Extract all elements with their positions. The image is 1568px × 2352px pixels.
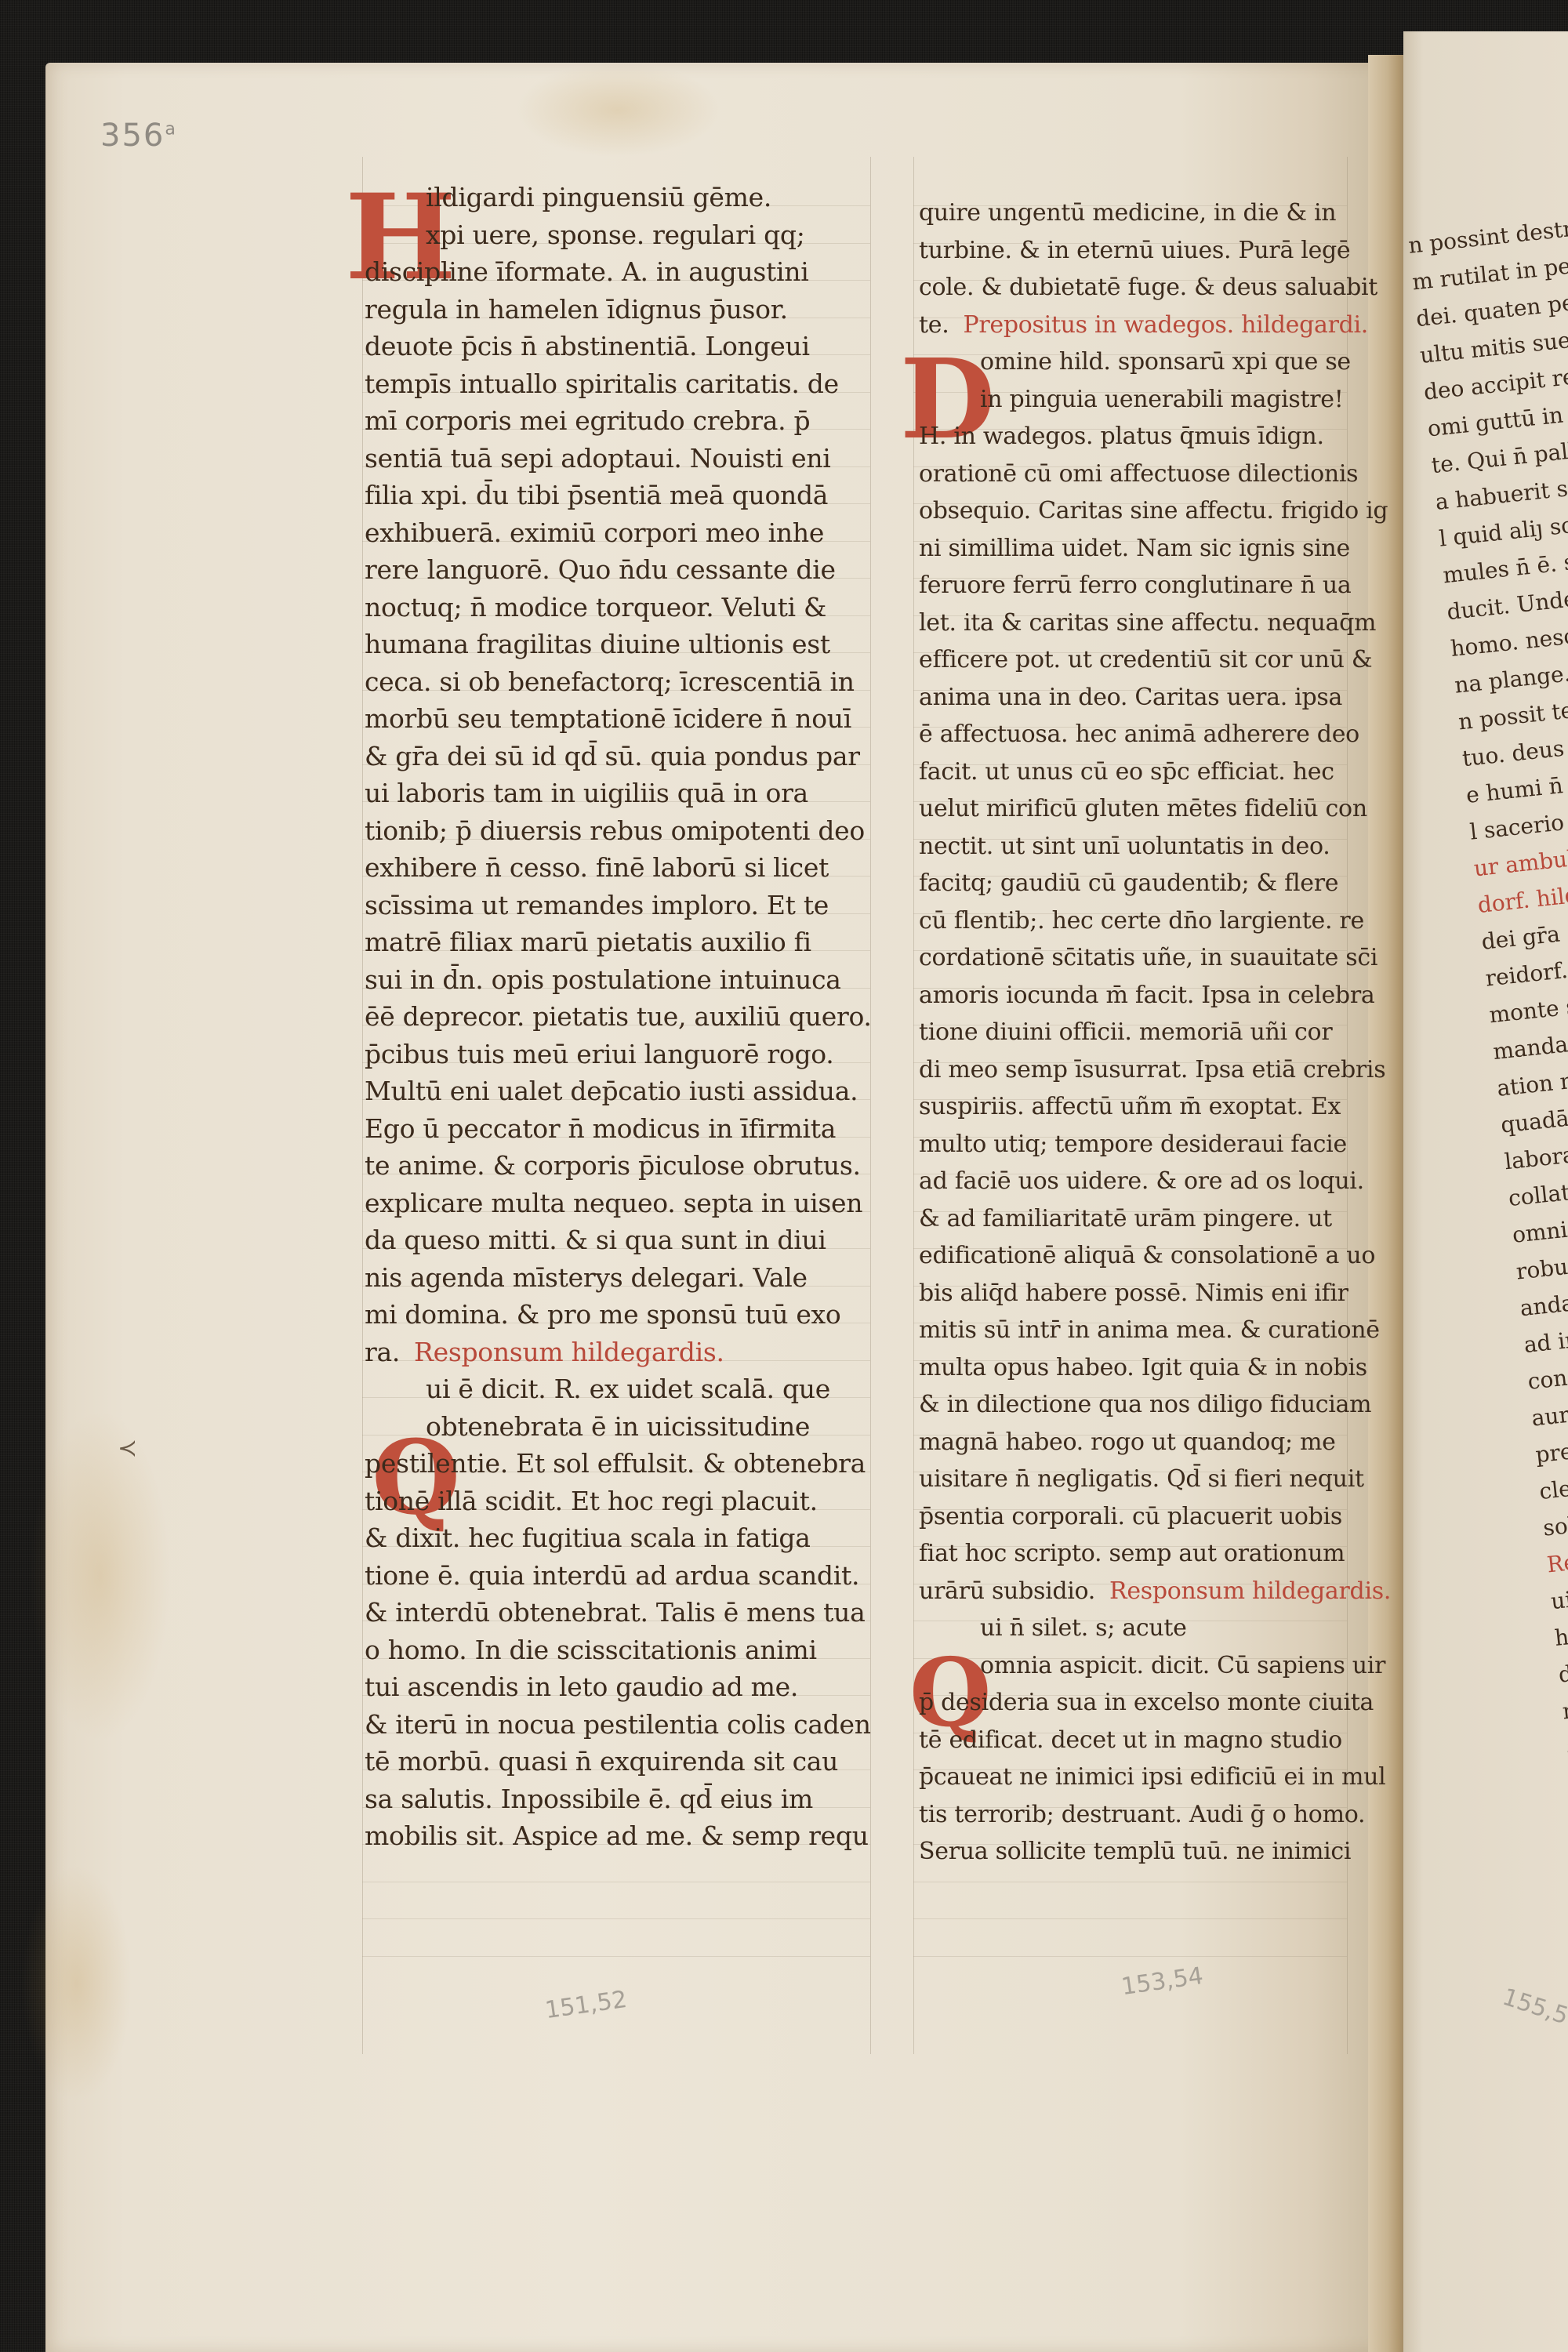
line-text: suspiriis. affectū uñm m̄ exoptat. Ex [919,1093,1341,1120]
line-text: sa salutis. Inpossibile ē. qd̄ eius im [365,1784,813,1814]
text-line: ēē deprecor. pietatis tue, auxiliū quero… [365,998,866,1036]
facing-page-text: n possint destruere ciuitm rutilat in pe… [1406,199,1568,1877]
text-line: facit. ut unus cū eo sp̄c efficiat. hec [919,753,1358,791]
line-text: ē affectuosa. hec animā adherere deo [919,720,1359,748]
water-stain [22,1866,132,2101]
text-line: cole. & dubietatē fuge. & deus saluabit [919,269,1358,307]
line-text: p̄ desideria sua in excelso monte ciuita [919,1689,1374,1716]
ruling-line [870,157,871,2054]
text-line: edificationē aliquā & consolationē a uo [919,1237,1358,1275]
line-text: rere languorē. Quo n̄du cessante die [365,554,836,585]
line-text: bis aliq̄d habere possē. Nimis eni ifir [919,1279,1348,1307]
text-line: & iterū in nocua pestilentia colis caden [365,1706,866,1744]
text-line: in pinguia uenerabili magistre! [919,381,1358,419]
text-line: p̄sentia corporali. cū placuerit uobis [919,1498,1358,1536]
text-line: uelut mirificū gluten mētes fideliū con [919,790,1358,828]
ruling-line [362,1918,870,1919]
line-text: p̄sentia corporali. cū placuerit uobis [919,1503,1342,1530]
text-line: mobilis sit. Aspice ad me. & semp requ [365,1817,866,1855]
line-text: obsequio. Caritas sine affectu. frigido … [919,497,1388,524]
text-line: Serua sollicite templū tuū. ne inimici [919,1833,1358,1871]
line-text: morbū seu temptationē īcidere n̄ nouī [365,703,851,734]
text-line: p̄ desideria sua in excelso monte ciuita [919,1684,1358,1722]
text-line: tempīs intuallo spiritalis caritatis. de [365,365,866,403]
text-line: mī corporis mei egritudo crebra. p̄ [365,402,866,440]
line-text: & gr̄a dei sū id qd̄ sū. quia pondus par [365,741,860,771]
line-text: regula in hamelen īdignus p̄usor. [365,294,788,325]
line-text: tionib; p̄ diuersis rebus omipotenti deo [365,815,865,846]
line-text: mī corporis mei egritudo crebra. p̄ [365,405,810,436]
line-text: efficere pot. ut credentiū sit cor unū & [919,646,1372,673]
line-text: multa opus habeo. Igit quia & in nobis [919,1354,1367,1381]
line-text: pestilentie. Et sol effulsit. & obtenebr… [365,1448,866,1479]
line-text: tempīs intuallo spiritalis caritatis. de [365,368,839,399]
text-line: tione ē. quia interdū ad ardua scandit. [365,1557,866,1595]
text-line: tionē illā scidit. Et hoc regi placuit. [365,1483,866,1520]
folio-number: 356a [100,118,177,154]
text-line: amoris iocunda m̄ facit. Ipsa in celebra [919,977,1358,1014]
line-text: facitq; gaudiū cū gaudentib; & flere [919,869,1338,897]
text-line: & gr̄a dei sū id qd̄ sū. quia pondus par [365,738,866,775]
line-text: fiat hoc scripto. semp aut orationum [919,1540,1345,1567]
rubric-heading: Prepositus in wadegos. hildegardi. [963,311,1368,339]
text-line: ceca. si ob benefactorq; īcrescentiā in [365,663,866,701]
water-stain [30,1411,171,1740]
text-line: cordationē sc̄itatis uñe, in suauitate s… [919,939,1358,977]
line-text: Multū eni ualet dep̄catio iusti assidua. [365,1076,858,1106]
text-line: morbū seu temptationē īcidere n̄ nouī [365,700,866,738]
ruling-line [913,1918,1347,1919]
text-line: ildigardi pinguensiū gēme. [365,179,866,216]
text-line: di meo semp īsusurrat. Ipsa etiā crebris [919,1051,1358,1089]
line-text: urārū subsidio. [919,1577,1095,1605]
line-text: anima una in deo. Caritas uera. ipsa [919,684,1342,711]
line-text: ui n̄ silet. s; acute [980,1614,1187,1642]
line-text: feruore ferrū ferro conglutinare n̄ ua [919,572,1352,599]
text-line: ad faciē uos uidere. & ore ad os loqui. [919,1163,1358,1200]
line-text: Serua sollicite templū tuū. ne inimici [919,1838,1351,1865]
text-line: fiat hoc scripto. semp aut orationum [919,1535,1358,1573]
text-line: obtenebrata ē in uicissitudine [365,1408,866,1446]
text-line: exhibuerā. eximiū corpori meo inhe [365,514,866,552]
line-text: orationē cū omi affectuose dilectionis [919,460,1358,488]
line-text: humana fragilitas diuine ultionis est [365,629,830,659]
line-text: uelut mirificū gluten mētes fideliū con [919,795,1367,822]
text-line: pestilentie. Et sol effulsit. & obtenebr… [365,1445,866,1483]
text-line: ui n̄ silet. s; acute [919,1610,1358,1647]
text-line: matrē filiax marū pietatis auxilio fi [365,924,866,961]
text-line: tē morbū. quasi n̄ exquirenda sit cau [365,1743,866,1780]
line-text: & ad familiaritatē urām pingere. ut [919,1205,1332,1232]
text-line: ē affectuosa. hec animā adherere deo [919,716,1358,753]
left-text-column: ildigardi pinguensiū gēme.xpi uere, spon… [365,179,866,1855]
text-line: bis aliq̄d habere possē. Nimis eni ifir [919,1275,1358,1312]
line-text: in pinguia uenerabili magistre! [980,386,1343,413]
line-text: omnia aspicit. dicit. Cū sapiens uir [980,1652,1385,1679]
line-text: mi domina. & pro me sponsū tuū exo [365,1299,840,1330]
text-line: te anime. & corporis p̄iculose obrutus. [365,1147,866,1185]
line-text: te anime. & corporis p̄iculose obrutus. [365,1150,861,1181]
line-text: Ego ū peccator n̄ modicus in īfirmita [365,1113,836,1144]
text-line: let. ita & caritas sine affectu. nequaq̄… [919,604,1358,642]
text-line: o homo. In die scisscitationis animi [365,1632,866,1669]
line-text: mobilis sit. Aspice ad me. & semp requ [365,1820,869,1851]
line-text: turbine. & in eternū uiues. Purā legē [919,237,1350,264]
line-text: tione ē. quia interdū ad ardua scandit. [365,1560,859,1591]
text-line: uisitare n̄ negligatis. Qd̄ si fieri neq… [919,1461,1358,1498]
text-line: Ego ū peccator n̄ modicus in īfirmita [365,1110,866,1148]
line-text: ui ē dicit. R. ex uidet scalā. que [426,1374,830,1404]
line-text: exhibuerā. eximiū corpori meo inhe [365,517,824,548]
line-text: discipline īformate. A. in augustini [365,256,808,287]
line-text: H. in wadegos. platus q̄muis īdign. [919,423,1324,450]
water-stain [516,63,720,157]
line-text: tione diuini officii. memoriā uñi cor [919,1018,1332,1046]
line-text: da queso mitti. & si qua sunt in diui [365,1225,826,1255]
text-line: te.Prepositus in wadegos. hildegardi. [919,307,1358,344]
line-text: let. ita & caritas sine affectu. nequaq̄… [919,609,1376,637]
text-line: humana fragilitas diuine ultionis est [365,626,866,663]
text-line: rere languorē. Quo n̄du cessante die [365,551,866,589]
text-line: anima una in deo. Caritas uera. ipsa [919,679,1358,717]
text-line: ni simillima uidet. Nam sic ignis sine [919,530,1358,568]
text-line: suspiriis. affectū uñm m̄ exoptat. Ex [919,1088,1358,1126]
text-line: & in dilectione qua nos diligo fiduciam [919,1386,1358,1424]
line-text: nectit. ut sint unī uoluntatis in deo. [919,833,1330,860]
line-text: matrē filiax marū pietatis auxilio fi [365,927,811,957]
text-line: filia xpi. d̄u tibi p̄sentiā meā quondā [365,477,866,514]
text-line: turbine. & in eternū uiues. Purā legē [919,232,1358,270]
line-text: cordationē sc̄itatis uñe, in suauitate s… [919,944,1377,971]
text-line: obsequio. Caritas sine affectu. frigido … [919,492,1358,530]
line-text: edificationē aliquā & consolationē a uo [919,1242,1375,1269]
line-text: o homo. In die scisscitationis animi [365,1635,817,1665]
text-line: regula in hamelen īdignus p̄usor. [365,291,866,328]
text-line: facitq; gaudiū cū gaudentib; & flere [919,865,1358,902]
text-line: omnia aspicit. dicit. Cū sapiens uir [919,1647,1358,1685]
line-text: sentiā tuā sepi adoptaui. Nouisti eni [365,443,831,474]
text-line: exhibere n̄ cesso. finē laborū si licet [365,849,866,887]
text-line: urārū subsidio.Responsum hildegardis. [919,1573,1358,1610]
text-line: deuote p̄cis n̄ abstinentiā. Longeui [365,328,866,365]
line-text: tis terrorib; destruant. Audi ḡ o homo. [919,1801,1365,1828]
line-text: sui in d̄n. opis postulatione intuinuca [365,964,841,995]
text-line: nectit. ut sint unī uoluntatis in deo. [919,828,1358,866]
text-line: discipline īformate. A. in augustini [365,253,866,291]
line-text: cole. & dubietatē fuge. & deus saluabit [919,274,1377,301]
line-text: p̄cibus tuis meū eriui languorē rogo. [365,1039,833,1069]
ruling-line [913,1882,1347,1882]
line-text: & iterū in nocua pestilentia colis caden [365,1709,871,1740]
line-text: obtenebrata ē in uicissitudine [426,1411,810,1442]
ruling-line [362,1956,870,1957]
text-line: sentiā tuā sepi adoptaui. Nouisti eni [365,440,866,477]
line-text: scīssima ut remandes imploro. Et te [365,890,829,920]
line-text: ad faciē uos uidere. & ore ad os loqui. [919,1167,1364,1195]
line-text: tui ascendis in leto gaudio ad me. [365,1671,798,1702]
text-line: nis agenda mīsterys delegari. Vale [365,1259,866,1297]
text-line: quire ungentū medicine, in die & in [919,194,1358,232]
text-line: ra.Responsum hildegardis. [365,1334,866,1371]
line-text: & interdū obtenebrat. Talis ē mens tua [365,1597,865,1628]
text-line: efficere pot. ut credentiū sit cor unū & [919,641,1358,679]
text-line: multa opus habeo. Igit quia & in nobis [919,1349,1358,1387]
text-line: xpi uere, sponse. regulari qq; [365,216,866,254]
text-line: sa salutis. Inpossibile ē. qd̄ eius im [365,1780,866,1818]
line-text: ra. [365,1337,400,1367]
text-line: H. in wadegos. platus q̄muis īdign. [919,418,1358,456]
text-line: magnā habeo. rogo ut quandoq; me [919,1424,1358,1461]
text-line: mi domina. & pro me sponsū tuū exo [365,1296,866,1334]
line-text: mitis sū intr̄ in anima mea. & curationē [919,1316,1380,1344]
line-text: filia xpi. d̄u tibi p̄sentiā meā quondā [365,480,828,510]
line-text: & in dilectione qua nos diligo fiduciam [919,1391,1371,1418]
line-text: tionē illā scidit. Et hoc regi placuit. [365,1486,818,1516]
ruling-line [913,1956,1347,1957]
text-line: explicare multa nequeo. septa in uisen [365,1185,866,1222]
rubric-heading: Responsum hildegardis. [1109,1577,1391,1605]
text-line: Multū eni ualet dep̄catio iusti assidua. [365,1073,866,1110]
text-line: ui laboris tam in uigiliis quā in ora [365,775,866,812]
text-line: tē edificat. decet ut in magno studio [919,1722,1358,1759]
line-text: quire ungentū medicine, in die & in [919,199,1336,227]
text-line: multo utiq; tempore desideraui facie [919,1126,1358,1163]
line-text: noctuq; n̄ modice torqueor. Veluti & [365,592,826,622]
text-line: noctuq; n̄ modice torqueor. Veluti & [365,589,866,626]
text-line: tionib; p̄ diuersis rebus omipotenti deo [365,812,866,850]
line-text: explicare multa nequeo. septa in uisen [365,1188,862,1218]
line-text: ēē deprecor. pietatis tue, auxiliū quero… [365,1001,872,1032]
text-line: mitis sū intr̄ in anima mea. & curationē [919,1312,1358,1349]
text-line: feruore ferrū ferro conglutinare n̄ ua [919,567,1358,604]
line-text: te. [919,311,949,339]
text-line: scīssima ut remandes imploro. Et te [365,887,866,924]
line-text: exhibere n̄ cesso. finē laborū si licet [365,852,829,883]
text-line: da queso mitti. & si qua sunt in diui [365,1221,866,1259]
line-text: p̄caueat ne inimici ipsi edificiū ei in … [919,1763,1385,1791]
text-line: & ad familiaritatē urām pingere. ut [919,1200,1358,1238]
text-line: orationē cū omi affectuose dilectionis [919,456,1358,493]
text-line: omine hild. sponsarū xpi que se [919,343,1358,381]
text-line: tui ascendis in leto gaudio ad me. [365,1668,866,1706]
line-text: ildigardi pinguensiū gēme. [426,182,771,212]
line-text: ceca. si ob benefactorq; īcrescentiā in [365,666,855,697]
line-text: deuote p̄cis n̄ abstinentiā. Longeui [365,331,810,361]
right-text-column: quire ungentū medicine, in die & inturbi… [919,194,1358,1871]
text-line: p̄cibus tuis meū eriui languorē rogo. [365,1036,866,1073]
line-text: & dixit. hec fugitiua scala in fatiga [365,1523,811,1553]
line-text: ni simillima uidet. Nam sic ignis sine [919,535,1350,562]
line-text: omine hild. sponsarū xpi que se [980,348,1351,376]
text-line: tis terrorib; destruant. Audi ḡ o homo. [919,1796,1358,1834]
text-line: cū flentib;. hec certe dn̄o largiente. r… [919,902,1358,940]
text-line: & interdū obtenebrat. Talis ē mens tua [365,1594,866,1632]
line-text: uisitare n̄ negligatis. Qd̄ si fieri neq… [919,1465,1364,1493]
text-line: & dixit. hec fugitiua scala in fatiga [365,1519,866,1557]
text-line: sui in d̄n. opis postulatione intuinuca [365,961,866,999]
line-text: tē morbū. quasi n̄ exquirenda sit cau [365,1746,838,1777]
line-text: amoris iocunda m̄ facit. Ipsa in celebra [919,982,1374,1009]
ruling-line [362,1882,870,1882]
text-line: tione diuini officii. memoriā uñi cor [919,1014,1358,1051]
line-text: multo utiq; tempore desideraui facie [919,1131,1347,1158]
rubric-heading: Responsum hildegardis. [414,1337,724,1367]
line-text: facit. ut unus cū eo sp̄c efficiat. hec [919,758,1334,786]
marginal-mark: ≺ [118,1435,137,1462]
line-text: ui laboris tam in uigiliis quā in ora [365,778,808,808]
line-text: nis agenda mīsterys delegari. Vale [365,1262,808,1293]
line-text: xpi uere, sponse. regulari qq; [426,220,805,250]
line-text: di meo semp īsusurrat. Ipsa etiā crebris [919,1056,1385,1083]
text-line: p̄caueat ne inimici ipsi edificiū ei in … [919,1759,1358,1796]
text-line: ui ē dicit. R. ex uidet scalā. que [365,1370,866,1408]
line-text: cū flentib;. hec certe dn̄o largiente. r… [919,907,1364,935]
line-text: tē edificat. decet ut in magno studio [919,1726,1342,1754]
line-text: magnā habeo. rogo ut quandoq; me [919,1428,1336,1456]
